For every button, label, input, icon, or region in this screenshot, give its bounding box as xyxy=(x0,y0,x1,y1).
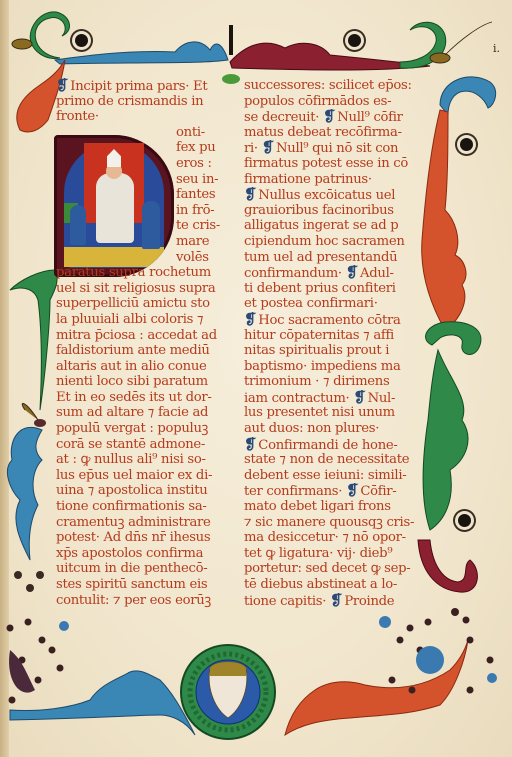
coat-of-arms-medallion xyxy=(181,645,275,739)
text-line: state ⁊ non de necessitate xyxy=(244,452,416,468)
text-line: successores: scilicet ep̄os: xyxy=(244,78,416,94)
text-line: contulit: ⁊ per eos eorūꝫ xyxy=(56,593,234,609)
text-line: ma desiccetur· ⁊ nō opor- xyxy=(244,530,416,546)
text-line: ri· ❡Null⁹ qui nō sit con xyxy=(244,140,416,156)
bottom-left-berries-icon xyxy=(7,619,70,704)
text-line: grauioribus facinoribus xyxy=(244,203,416,219)
left-leaf-sprigs-icon xyxy=(14,571,44,592)
text-line: populū vergat : populuꝫ xyxy=(56,421,234,437)
heading-line: fronte· xyxy=(56,109,234,125)
sun-dot-ornament-icon xyxy=(460,138,473,151)
pilcrow-icon: ❡ xyxy=(346,483,358,499)
text-line: eros : xyxy=(176,156,234,172)
text-line: iam contractum· ❡Nul- xyxy=(244,390,416,406)
text-line: lus ep̄us uel maior ex di- xyxy=(56,468,234,484)
text-line: ter confirmans· ❡Cōfir- xyxy=(244,483,416,499)
text-line: sum ad altare ⁊ facie ad xyxy=(56,405,234,421)
text-line: uel si sit religiosus supra xyxy=(56,281,234,297)
text-line: volēs xyxy=(176,250,234,266)
text-line: uitcum in die penthecō- xyxy=(56,561,234,577)
pilcrow-icon: ❡ xyxy=(244,187,256,203)
pilcrow-icon: ❡ xyxy=(56,78,68,94)
right-blue-scroll-icon xyxy=(440,77,496,115)
text-line: uina ⁊ apostolica institu xyxy=(56,483,234,499)
text-line: nienti loco sibi paratum xyxy=(56,374,234,390)
text-line: se decreuit· ❡Null⁹ cōfir xyxy=(244,109,416,125)
text-line: paratus supra rochetum xyxy=(56,265,234,281)
text-line: ⁊ sic manere quousqꝫ cris- xyxy=(244,515,416,531)
text-line: Et in eo sedēs its ut dor- xyxy=(56,390,234,406)
manuscript-page: i. ❡Incipit prima pars· Et primo de cris… xyxy=(0,0,512,757)
text-line: la pluuiali albi coloris ⁊ xyxy=(56,312,234,328)
text-line: tione confirmationis sa- xyxy=(56,499,234,515)
text-line: corā se stantē admone- xyxy=(56,437,234,453)
left-green-acanthus-icon xyxy=(10,270,57,410)
text-line: in frō- xyxy=(176,203,234,219)
heading-line: ❡Incipit prima pars· Et xyxy=(56,78,234,94)
text-line: altaris aut in alio conue xyxy=(56,359,234,375)
text-line: firmatione patrinus· xyxy=(244,172,416,188)
text-line: fantes xyxy=(176,187,234,203)
top-left-green-scroll-icon xyxy=(30,12,69,59)
text-line: tē diebus abstineat a lo- xyxy=(244,577,416,593)
text-line: at : ꝙ nullus ali⁹ nisi so- xyxy=(56,452,234,468)
text-line: ❡Confirmandi de hone- xyxy=(244,437,416,453)
text-line: onti- xyxy=(176,125,234,141)
right-crimson-curl-icon xyxy=(418,540,477,592)
pilcrow-icon: ❡ xyxy=(330,593,342,609)
text-line: aut duos: non plures· xyxy=(244,421,416,437)
text-line: portetur: sed decet ꝙ sep- xyxy=(244,561,416,577)
right-green-scroll-icon xyxy=(426,322,481,355)
text-column-left: ❡Incipit prima pars· Et primo de crisman… xyxy=(56,78,234,608)
text-line: te cris- xyxy=(176,218,234,234)
text-line: baptismo· impediens ma xyxy=(244,359,416,375)
text-line: tet ꝙ ligatura· vij· dieb⁹ xyxy=(244,546,416,562)
text-line: hitur cōpaternitas ⁊ affi xyxy=(244,328,416,344)
text-line: lus presentet nisi unum xyxy=(244,405,416,421)
sun-dot-ornament-icon xyxy=(348,34,361,47)
text-line: et postea confirmari· xyxy=(244,296,416,312)
text-line: faldistorium ante mediū xyxy=(56,343,234,359)
text-line: stes spiritū sanctum eis xyxy=(56,577,234,593)
pilcrow-icon: ❡ xyxy=(262,140,274,156)
text-line: seu in- xyxy=(176,172,234,188)
text-line: ❡Hoc sacramento cōtra xyxy=(244,312,416,328)
text-line: mato debet ligari frons xyxy=(244,499,416,515)
text-line: ❡Nullus excōicatus uel xyxy=(244,187,416,203)
text-line: xp̄s apostolos confirma xyxy=(56,546,234,562)
pilcrow-icon: ❡ xyxy=(323,109,335,125)
sun-dot-ornament-icon xyxy=(75,34,88,47)
text-line: cramentuꝫ administrare xyxy=(56,515,234,531)
text-line: trimonium · ⁊ dirimens xyxy=(244,374,416,390)
text-line: debent esse ieiuni: simili- xyxy=(244,468,416,484)
text-line: alligatus ingerat se ad p xyxy=(244,218,416,234)
text-line: superpelliciū amictu sto xyxy=(56,296,234,312)
beside-initial-block: onti- fex pu eros : seu in- fantes in fr… xyxy=(176,125,234,265)
text-line: potest· Ad dn̄s nr̄ ihesus xyxy=(56,530,234,546)
right-green-acanthus-icon xyxy=(423,350,468,530)
left-blue-acanthus-icon xyxy=(7,427,42,560)
pilcrow-icon: ❡ xyxy=(244,437,256,453)
pilcrow-icon: ❡ xyxy=(346,265,358,281)
text-line: ti debent prius confiteri xyxy=(244,281,416,297)
heading-line: primo de crismandis in xyxy=(56,94,234,110)
text-line: confirmandum· ❡Adul- xyxy=(244,265,416,281)
text-line: matus debeat recōfirma- xyxy=(244,125,416,141)
text-line: firmatus potest esse in cō xyxy=(244,156,416,172)
pilcrow-icon: ❡ xyxy=(353,390,365,406)
text-line: mare xyxy=(176,234,234,250)
text-column-right: successores: scilicet ep̄os:populos cōfi… xyxy=(244,78,416,608)
text-line: mitra p̄ciosa : accedat ad xyxy=(56,328,234,344)
text-line: tum uel ad presentandū xyxy=(244,250,416,266)
sun-dot-ornament-icon xyxy=(458,514,471,527)
pilcrow-icon: ❡ xyxy=(244,312,256,328)
text-line: fex pu xyxy=(176,140,234,156)
text-line: tione capitis· ❡Proinde xyxy=(244,593,416,609)
text-line: nitas spiritualis prout i xyxy=(244,343,416,359)
text-line: cipiendum hoc sacramen xyxy=(244,234,416,250)
folio-number: i. xyxy=(493,42,500,55)
text-line: populos cōfirmādos es- xyxy=(244,94,416,110)
